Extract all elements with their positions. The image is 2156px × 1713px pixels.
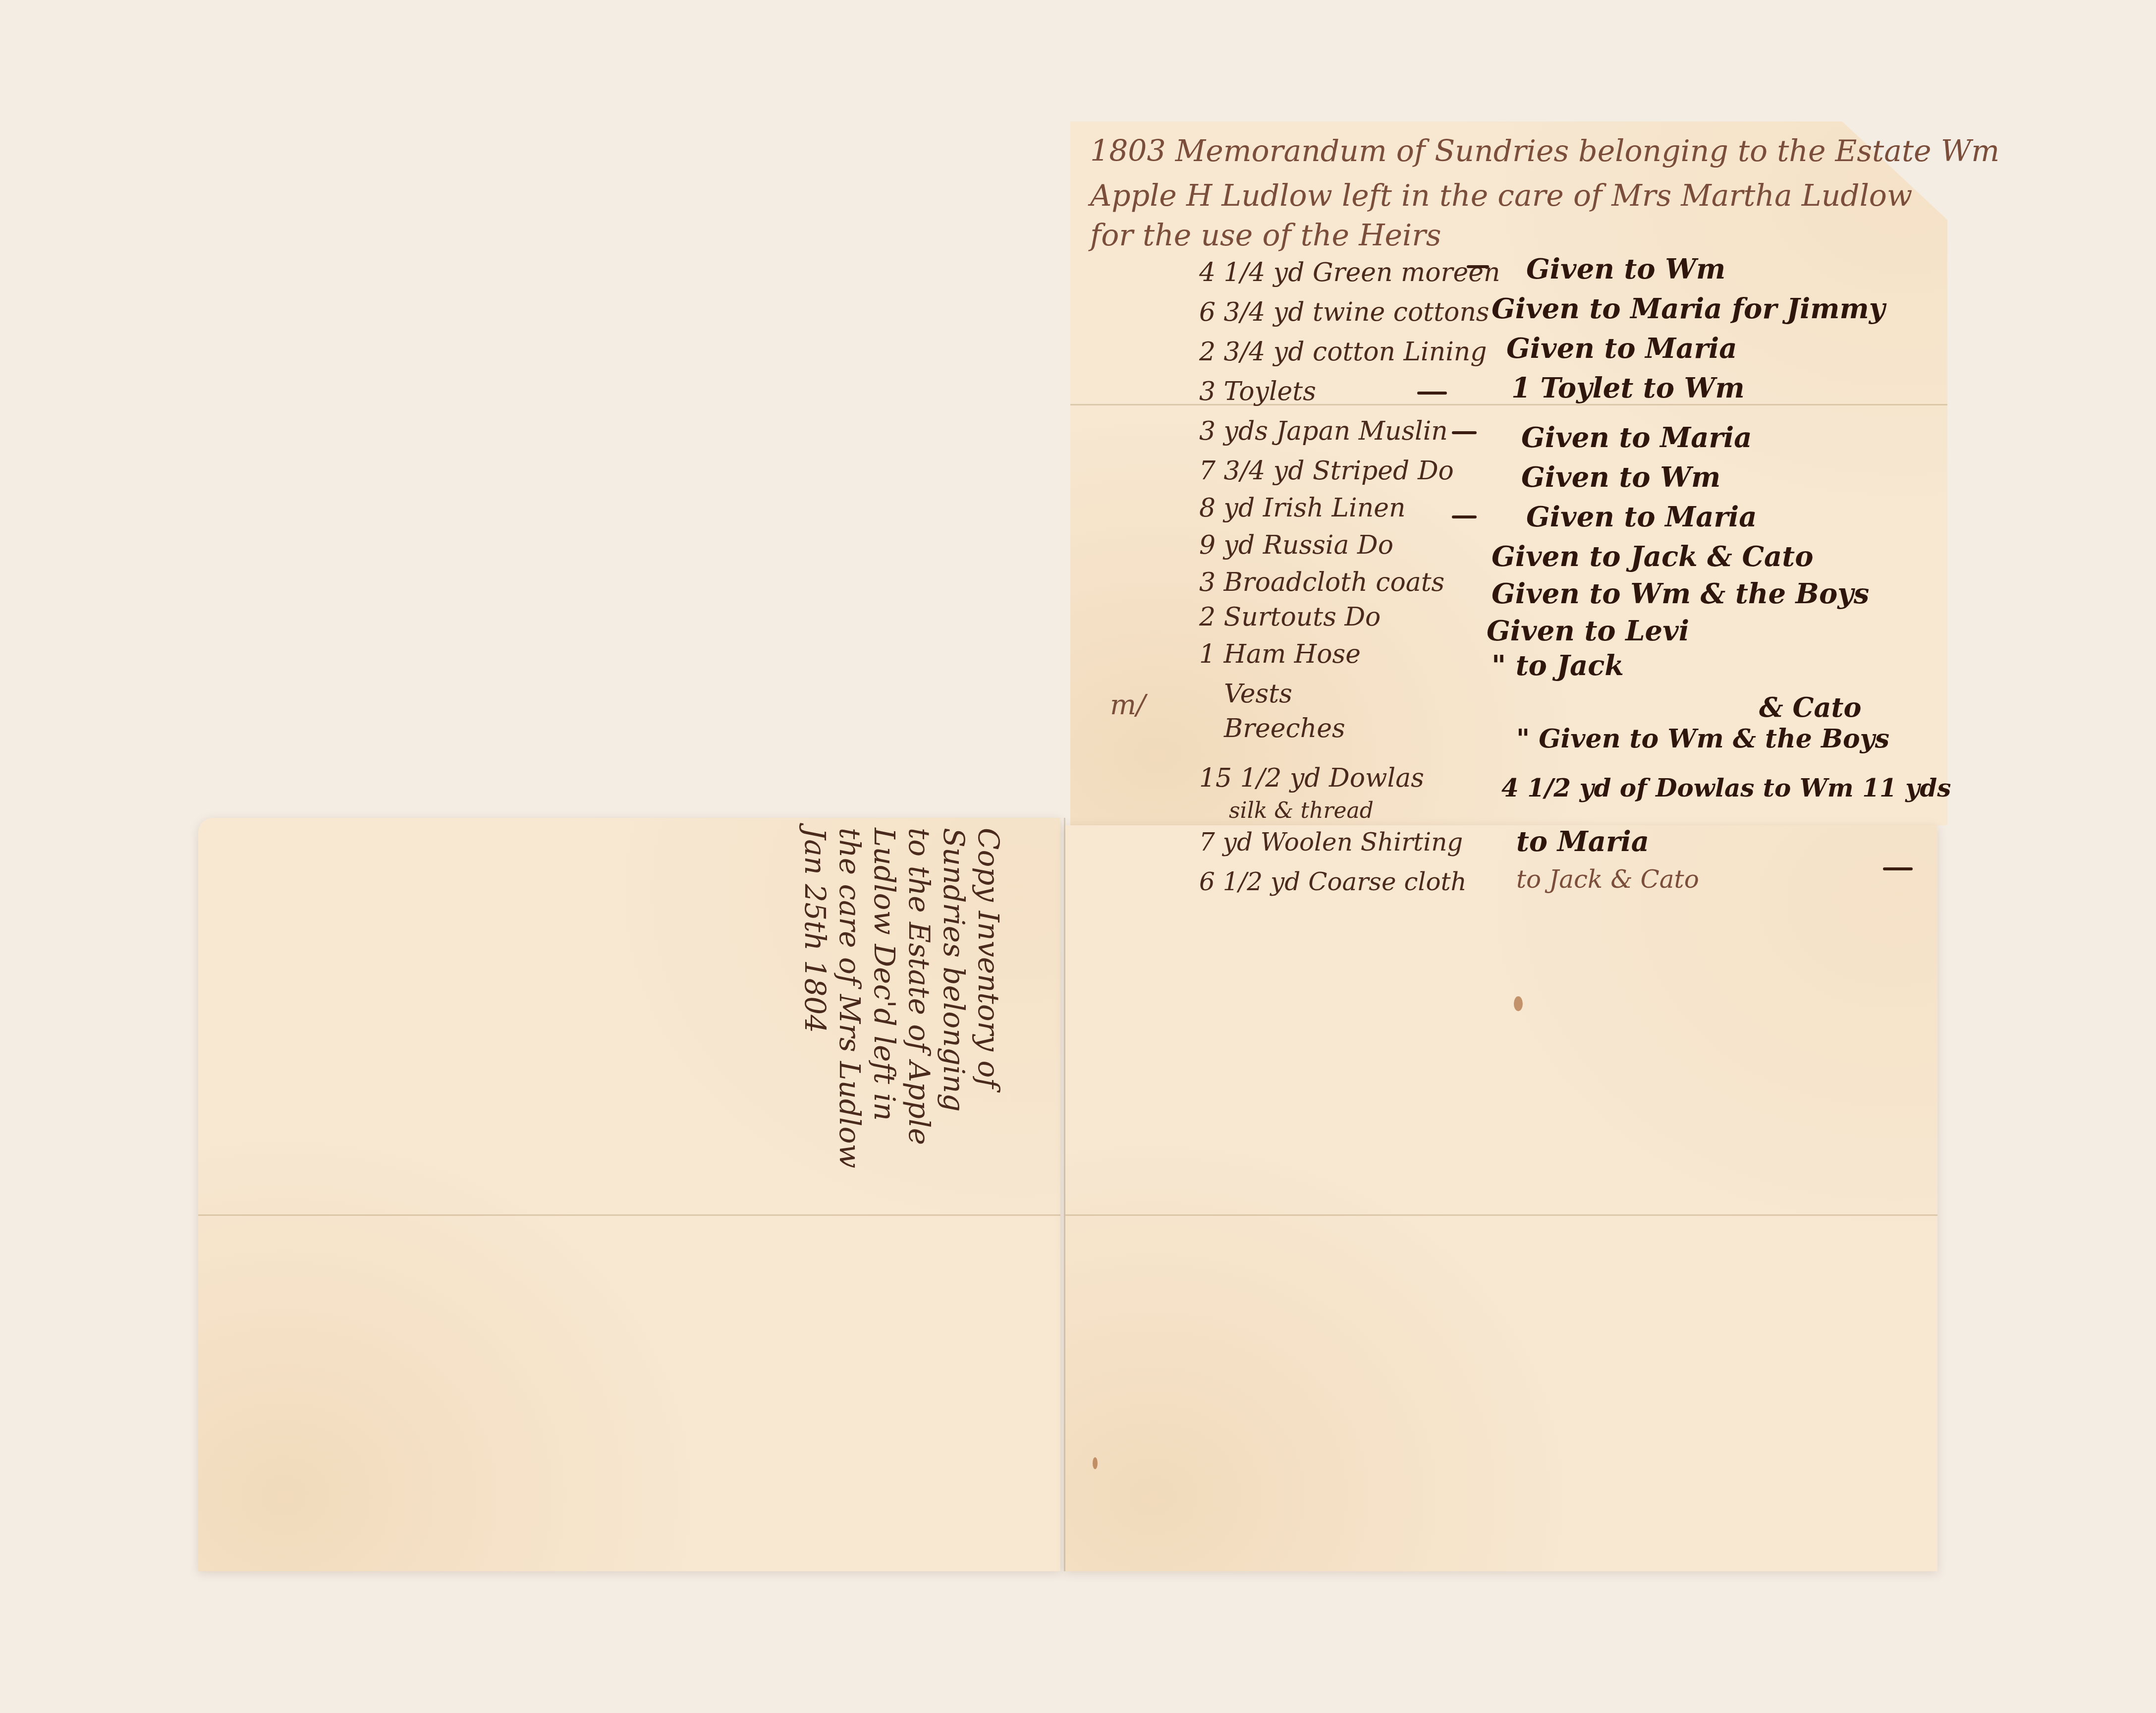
- endorsement-line: the care of Mrs Ludlow: [832, 828, 867, 1224]
- disposition-text: " Given to Wm & the Boys: [1516, 724, 1889, 754]
- item-text: 9 yd Russia Do: [1199, 530, 1393, 560]
- heading-line-2: Apple H Ludlow left in the care of Mrs M…: [1090, 178, 1912, 213]
- endorsement-line: Ludlow Dec'd left in: [867, 828, 902, 1224]
- disposition-text: 4 1/2 yd of Dowlas to Wm 11 yds: [1501, 773, 1951, 802]
- ink-stain: [1514, 996, 1523, 1011]
- lower-right-sheet: [1065, 825, 1937, 1571]
- disposition-text: Given to Maria for Jimmy: [1492, 292, 1885, 325]
- item-text: 3 yds Japan Muslin: [1199, 416, 1448, 446]
- item-text: 1 Ham Hose: [1199, 639, 1361, 669]
- heading-line-3: for the use of the Heirs: [1090, 218, 1441, 253]
- disposition-text: Given to Wm: [1526, 253, 1725, 285]
- margin-mark: m/: [1110, 689, 1146, 721]
- endorsement-line: to the Estate of Apple: [902, 828, 937, 1224]
- disposition-text: Given to Wm & the Boys: [1492, 577, 1869, 610]
- disposition-text: 1 Toylet to Wm: [1511, 372, 1745, 404]
- disposition-text: to Maria: [1516, 825, 1649, 858]
- heading-line-1: 1803 Memorandum of Sundries belonging to…: [1090, 134, 1999, 169]
- disposition-text: Given to Maria: [1506, 332, 1737, 365]
- disposition-text: Given to Maria: [1521, 421, 1752, 454]
- separator-dash: [1467, 265, 1489, 268]
- item-text: silk & thread: [1229, 798, 1374, 823]
- separator-dash: [1883, 867, 1913, 870]
- item-text: 8 yd Irish Linen: [1199, 493, 1405, 523]
- endorsement-line: Sundries belonging: [937, 828, 971, 1224]
- disposition-text: " to Jack: [1492, 649, 1624, 682]
- item-text: 2 3/4 yd cotton Lining: [1199, 337, 1487, 367]
- item-text: 6 1/2 yd Coarse cloth: [1199, 867, 1467, 896]
- separator-dash: [1417, 392, 1447, 395]
- item-text: Breeches: [1224, 714, 1345, 743]
- endorsement-note: Copy Inventory of Sundries belonging to …: [788, 828, 1006, 1224]
- item-text: 6 3/4 yd twine cottons: [1199, 297, 1490, 327]
- item-text: Vests: [1224, 679, 1292, 709]
- separator-dash: [1452, 515, 1477, 518]
- item-text: 15 1/2 yd Dowlas: [1199, 763, 1424, 793]
- disposition-text: Given to Wm: [1521, 461, 1720, 494]
- disposition-text: Given to Jack & Cato: [1492, 540, 1814, 573]
- item-text: 7 yd Woolen Shirting: [1199, 828, 1463, 856]
- separator-dash: [1452, 431, 1477, 434]
- endorsement-line: Jan 25th 1804: [798, 828, 832, 1224]
- endorsement-line: Copy Inventory of: [971, 828, 1006, 1224]
- item-text: 7 3/4 yd Striped Do: [1199, 456, 1454, 486]
- item-text: 3 Toylets: [1199, 377, 1316, 406]
- item-text: 3 Broadcloth coats: [1199, 568, 1444, 597]
- ink-stain: [1093, 1457, 1098, 1469]
- disposition-text: to Jack & Cato: [1516, 865, 1699, 894]
- item-text: 4 1/4 yd Green moreen: [1199, 258, 1500, 287]
- fold-line: [1065, 1214, 1937, 1216]
- disposition-text: Given to Levi: [1487, 615, 1689, 647]
- center-fold: [1064, 818, 1065, 1571]
- disposition-text: Given to Maria: [1526, 501, 1757, 533]
- item-text: 2 Surtouts Do: [1199, 602, 1381, 632]
- disposition-text: & Cato: [1759, 691, 1861, 723]
